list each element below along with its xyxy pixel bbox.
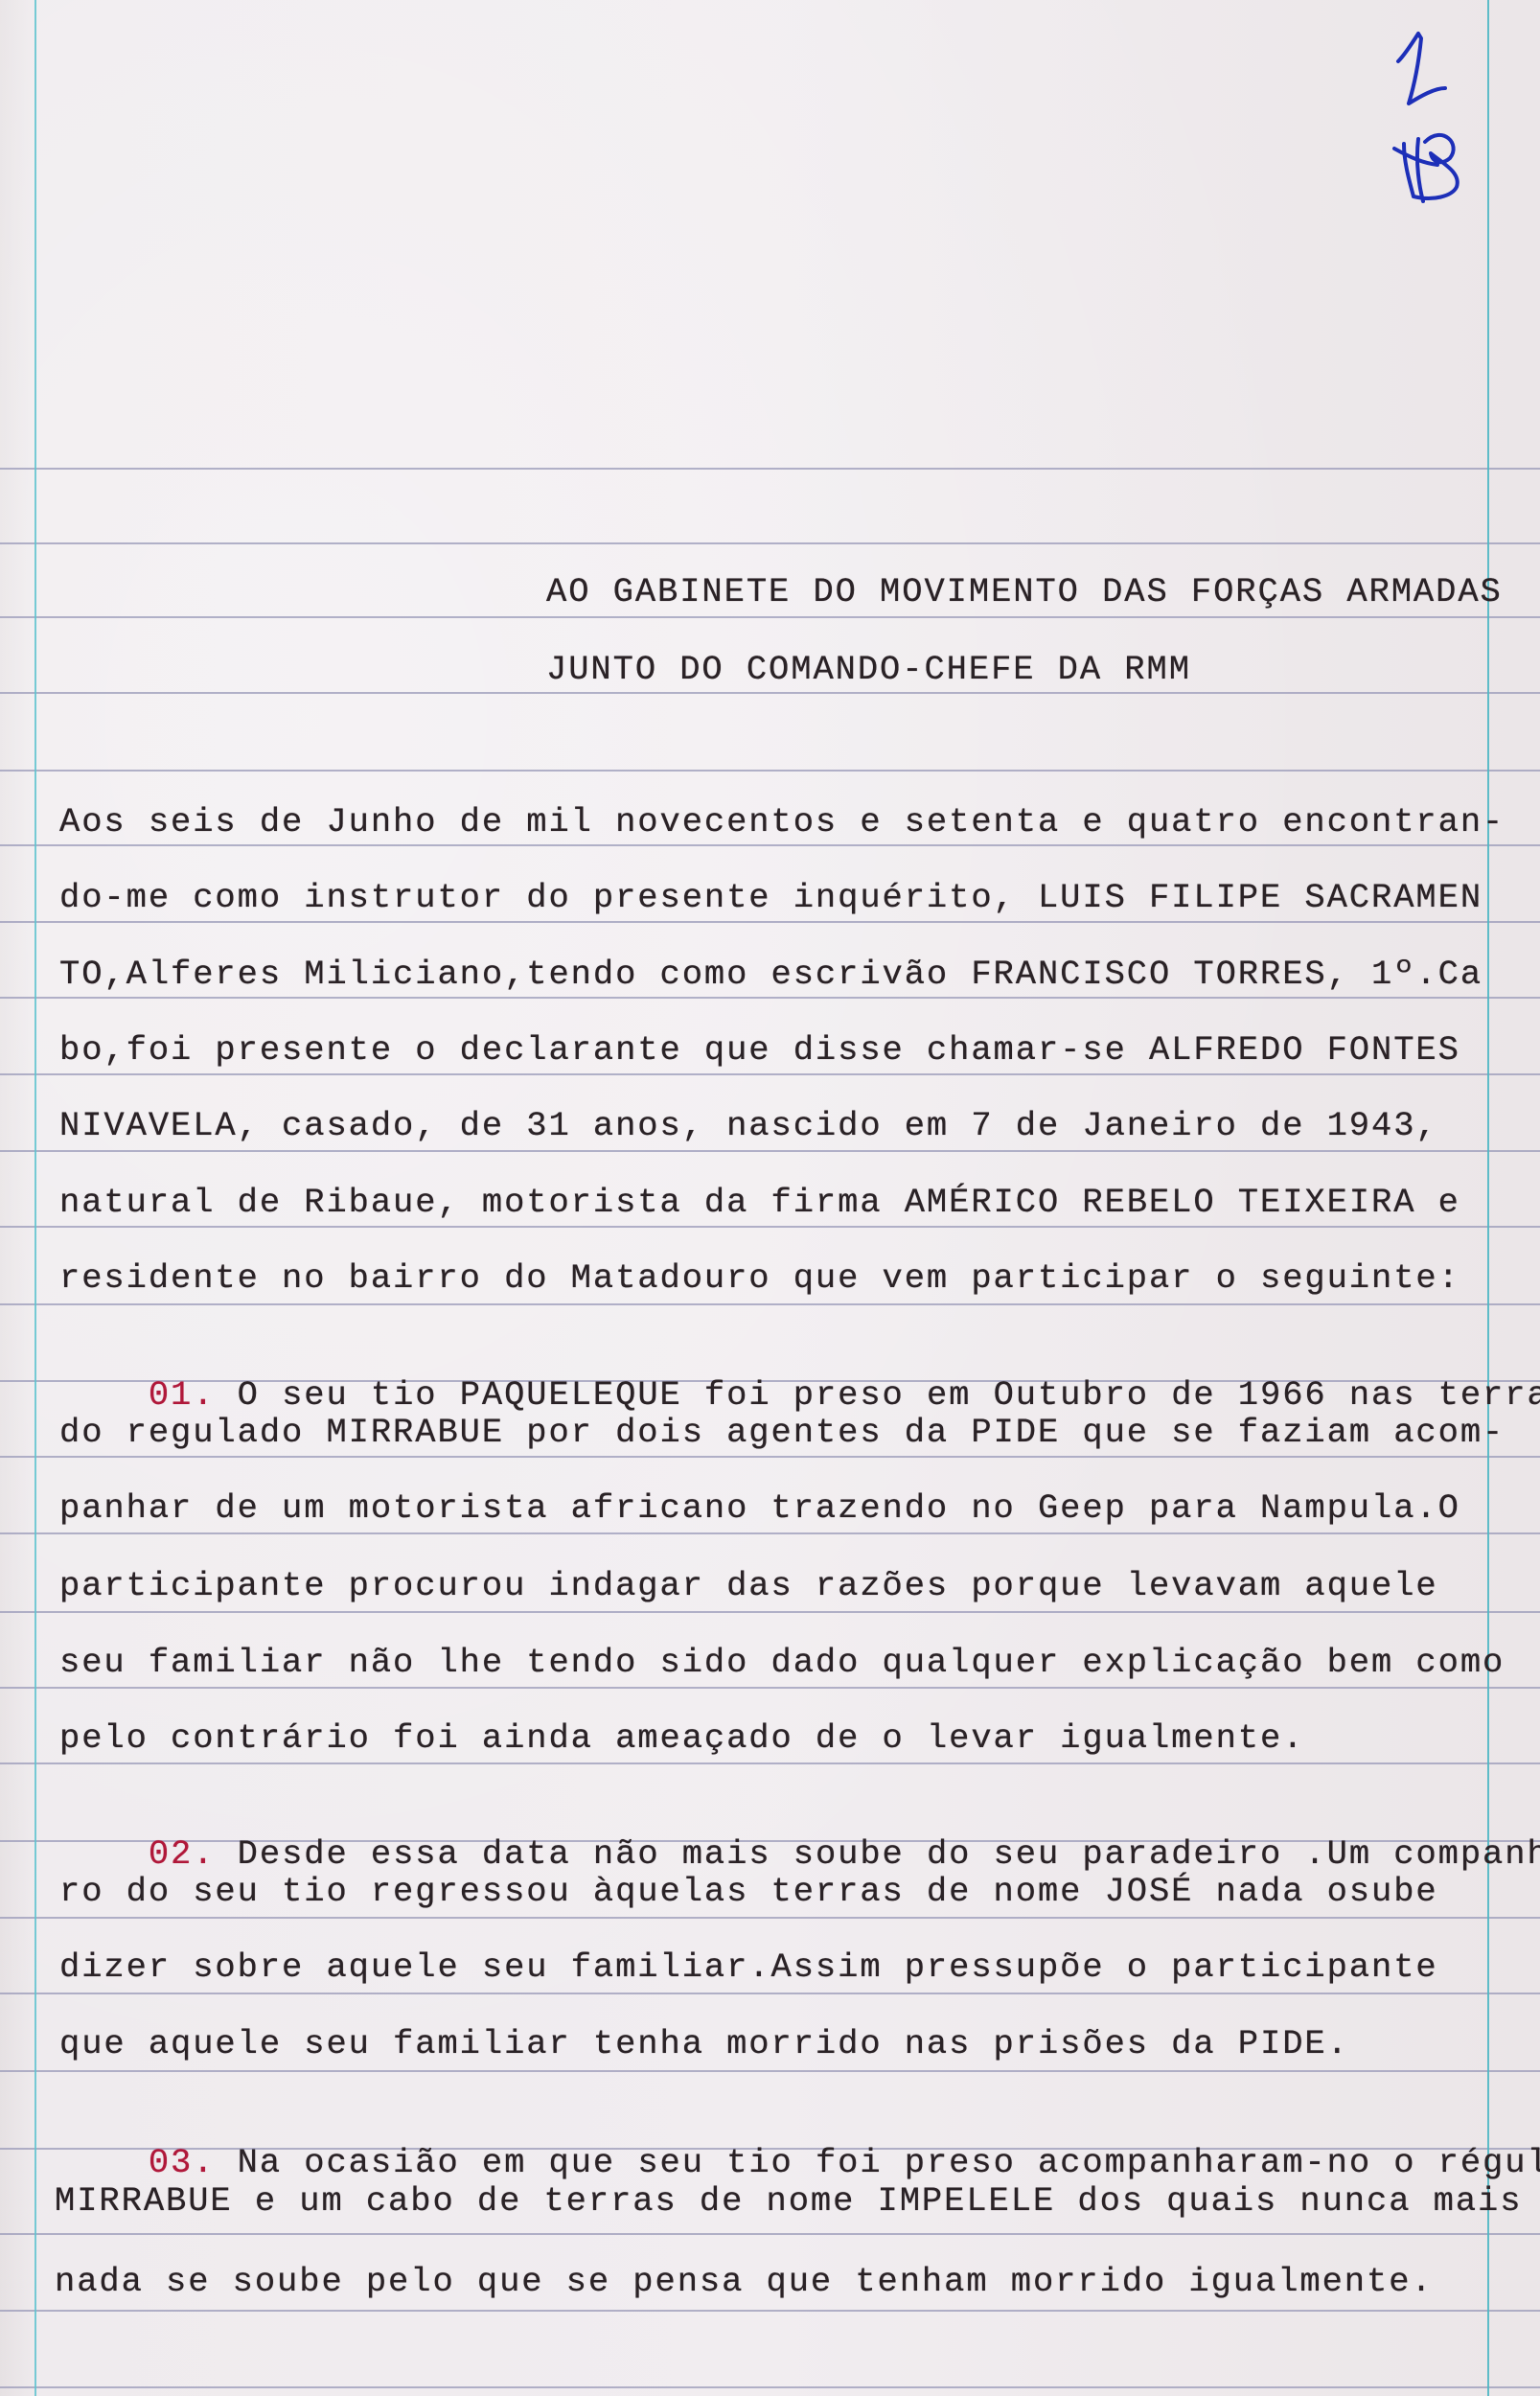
intro-line: residente no bairro do Matadouro que vem… bbox=[59, 1258, 1460, 1298]
item-02-line: dizer sobre aquele seu familiar.Assim pr… bbox=[59, 1947, 1438, 1987]
item-text: O seu tio PAQUELEQUE foi preso em Outubr… bbox=[215, 1375, 1540, 1415]
intro-line: Aos seis de Junho de mil novecentos e se… bbox=[59, 802, 1505, 841]
ruled-line bbox=[0, 1762, 1540, 1764]
ruled-line bbox=[0, 2386, 1540, 2388]
ruled-line bbox=[0, 1993, 1540, 1994]
item-01-line: do regulado MIRRABUE por dois agentes da… bbox=[59, 1413, 1505, 1452]
ruled-line bbox=[0, 1917, 1540, 1919]
intro-line: TO,Alferes Miliciano,tendo como escrivão… bbox=[59, 955, 1483, 994]
ruled-line bbox=[0, 468, 1540, 470]
ruled-line bbox=[0, 1532, 1540, 1534]
ruled-line bbox=[0, 1611, 1540, 1613]
item-01-line: seu familiar não lhe tendo sido dado qua… bbox=[59, 1643, 1505, 1682]
item-02-line: que aquele seu familiar tenha morrido na… bbox=[59, 2024, 1349, 2063]
intro-line: NIVAVELA, casado, de 31 anos, nascido em… bbox=[59, 1106, 1438, 1145]
ruled-line bbox=[0, 921, 1540, 923]
ruled-line bbox=[0, 2233, 1540, 2235]
heading-line-2: JUNTO DO COMANDO-CHEFE DA RMM bbox=[546, 650, 1191, 689]
ruled-line bbox=[0, 997, 1540, 999]
initials-glyph bbox=[1394, 135, 1458, 201]
item-number: 03. bbox=[149, 2143, 216, 2182]
page-number-one-glyph bbox=[1398, 34, 1445, 104]
ruled-line bbox=[0, 1150, 1540, 1152]
item-02-line: ro do seu tio regressou àquelas terras d… bbox=[59, 1872, 1438, 1911]
ruled-line bbox=[0, 2070, 1540, 2072]
ruled-line bbox=[0, 2310, 1540, 2312]
ruled-line bbox=[0, 1226, 1540, 1228]
ruled-line bbox=[0, 1456, 1540, 1458]
left-margin-line bbox=[34, 0, 36, 2396]
ruled-line bbox=[0, 616, 1540, 618]
heading-line-1: AO GABINETE DO MOVIMENTO DAS FORÇAS ARMA… bbox=[546, 572, 1503, 611]
intro-line: natural de Ribaue, motorista da firma AM… bbox=[59, 1183, 1460, 1222]
item-text: Desde essa data não mais soube do seu pa… bbox=[215, 1834, 1540, 1874]
ruled-line bbox=[0, 770, 1540, 772]
ruled-line bbox=[0, 844, 1540, 846]
item-03-line: nada se soube pelo que se pensa que tenh… bbox=[55, 2262, 1434, 2301]
item-text: Na ocasião em que seu tio foi preso acom… bbox=[215, 2143, 1540, 2182]
ruled-line bbox=[0, 692, 1540, 694]
item-01-line: panhar de um motorista africano trazendo… bbox=[59, 1488, 1460, 1528]
ruled-line bbox=[0, 542, 1540, 544]
ruled-line bbox=[0, 1073, 1540, 1075]
ruled-line bbox=[0, 1687, 1540, 1689]
item-number: 01. bbox=[149, 1375, 216, 1415]
right-margin-line bbox=[1487, 0, 1489, 2396]
intro-line: bo,foi presente o declarante que disse c… bbox=[59, 1030, 1460, 1070]
item-01-line: participante procurou indagar das razões… bbox=[59, 1566, 1438, 1605]
item-01-line: pelo contrário foi ainda ameaçado de o l… bbox=[59, 1718, 1304, 1758]
item-03-line: MIRRABUE e um cabo de terras de nome IMP… bbox=[55, 2181, 1522, 2221]
handwritten-page-annotation bbox=[1366, 19, 1481, 211]
ruled-line bbox=[0, 1303, 1540, 1305]
intro-line: do-me como instrutor do presente inquéri… bbox=[59, 878, 1483, 917]
typed-document-page: AO GABINETE DO MOVIMENTO DAS FORÇAS ARMA… bbox=[0, 0, 1540, 2396]
item-number: 02. bbox=[149, 1834, 216, 1874]
